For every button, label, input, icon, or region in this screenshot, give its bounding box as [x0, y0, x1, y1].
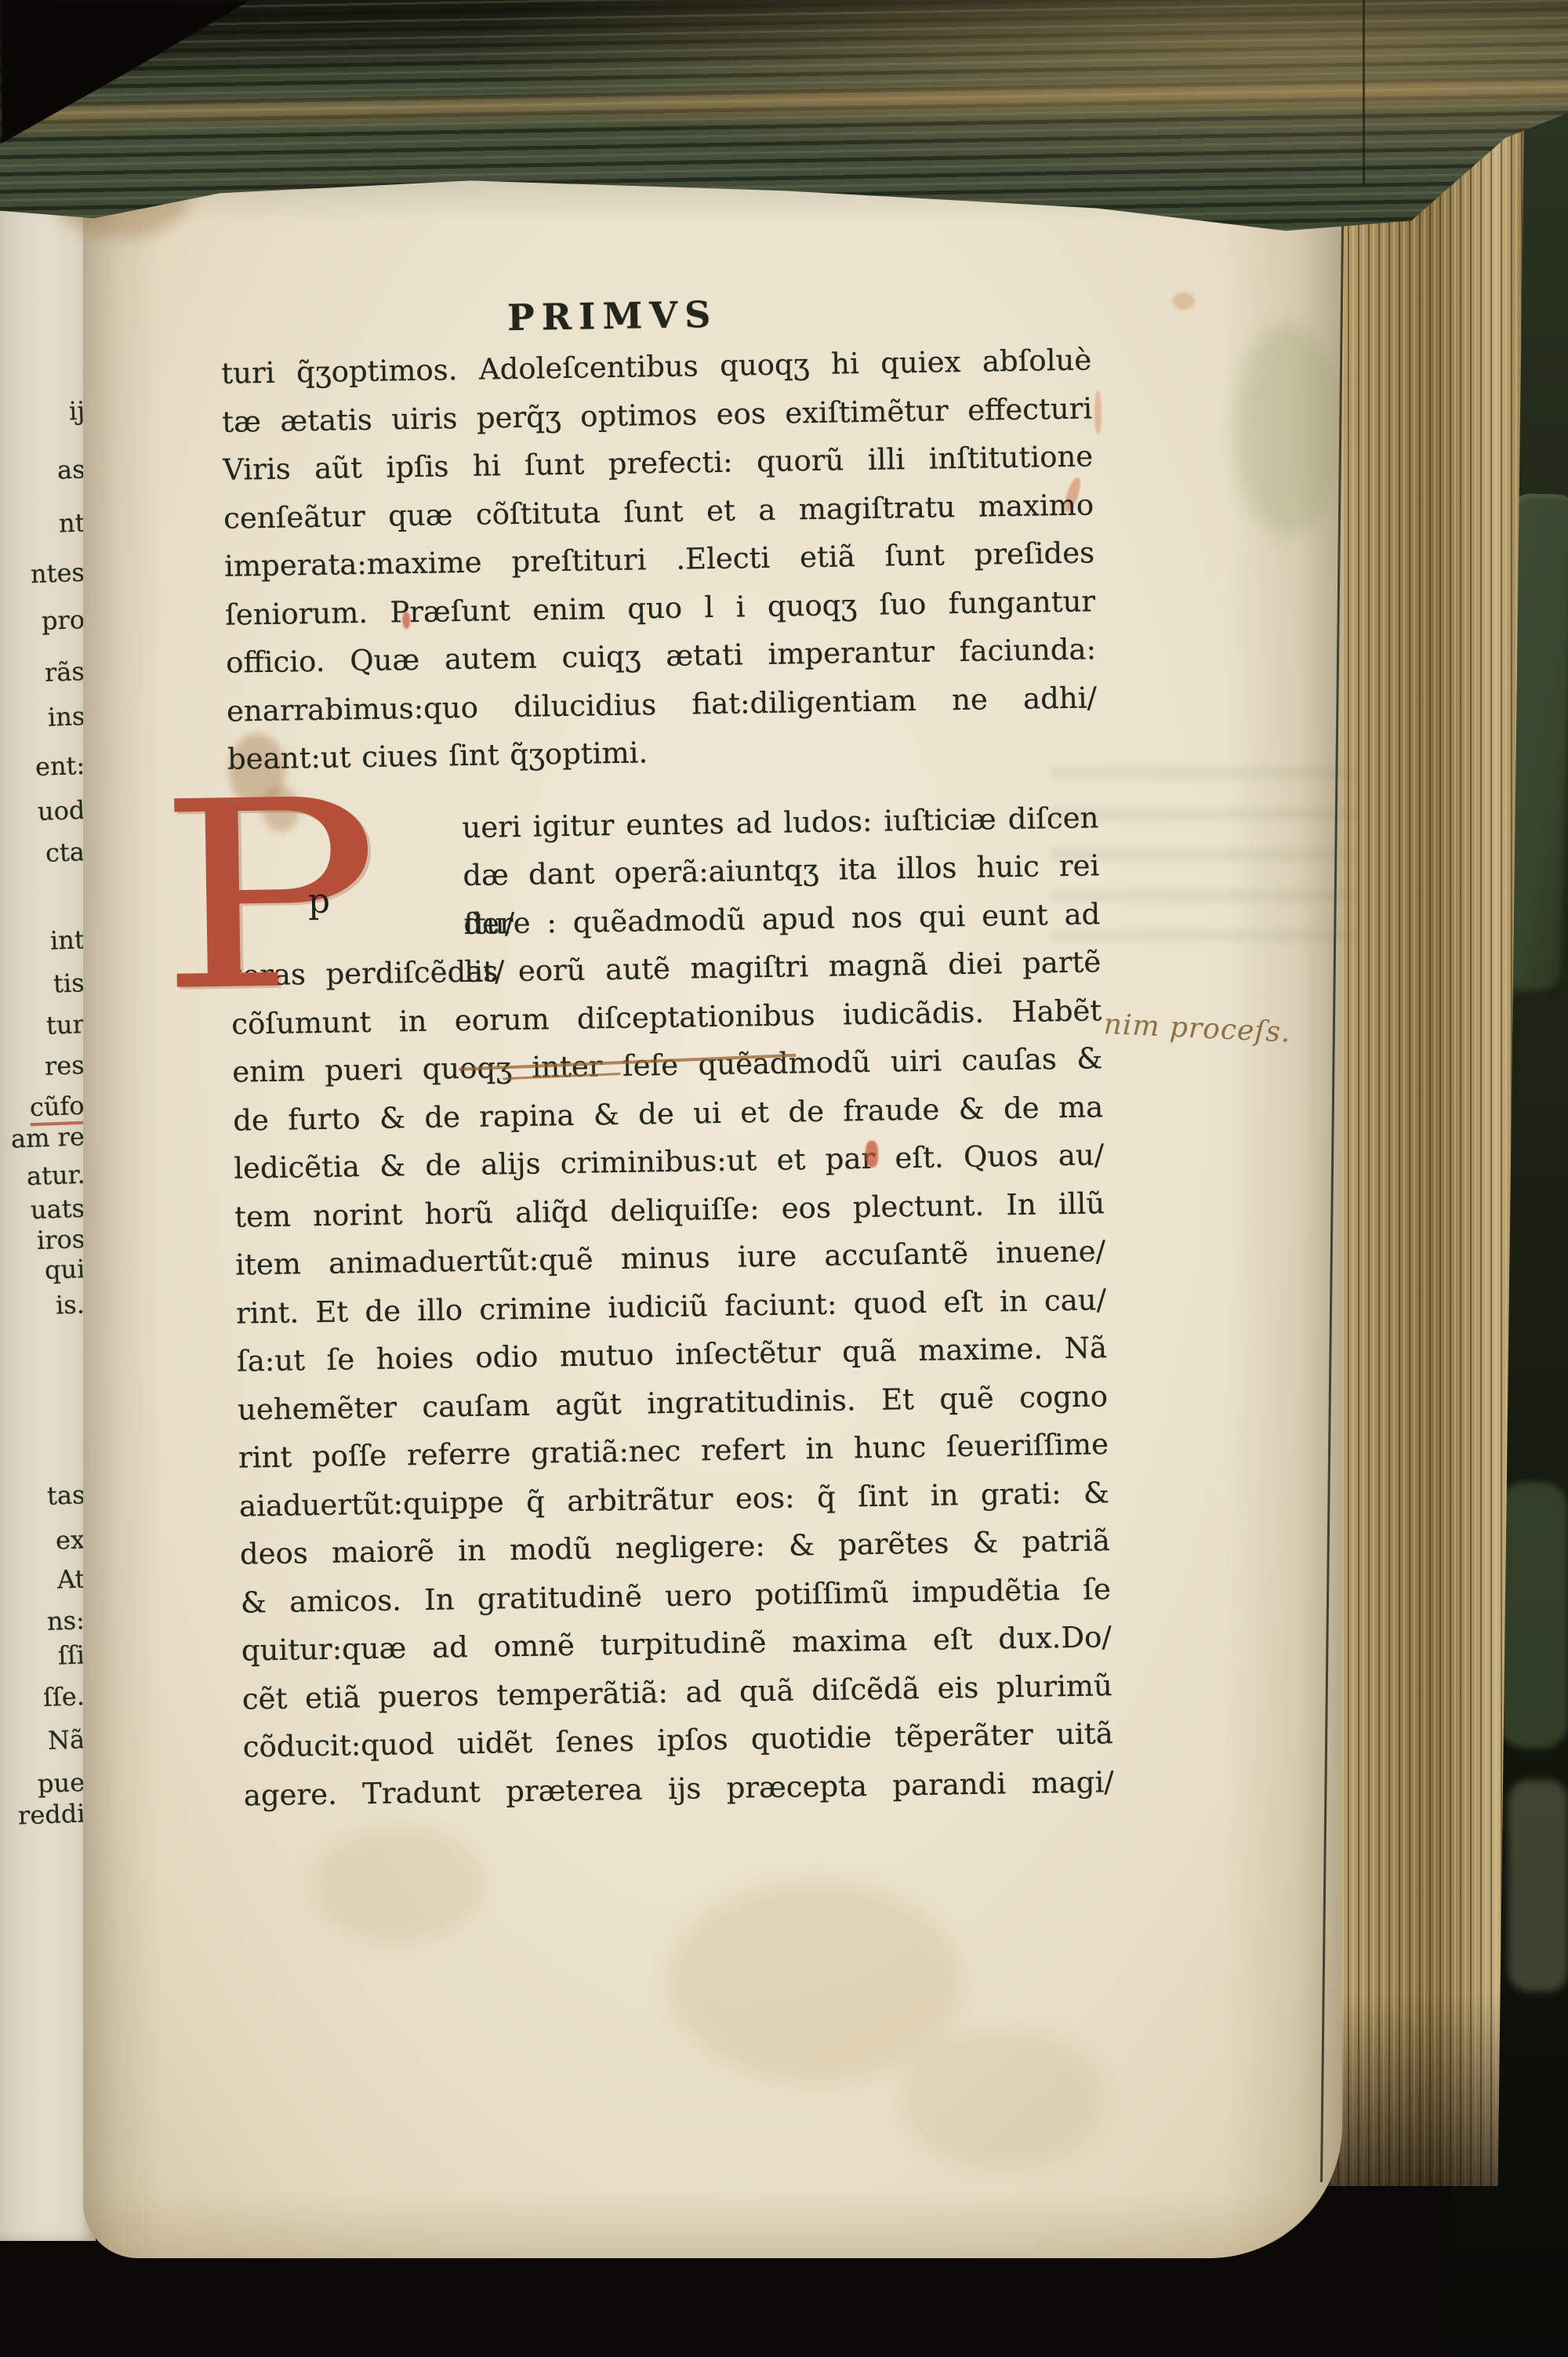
left-page-text-fragment: tas [46, 1480, 85, 1511]
left-page-text-fragment: qui [44, 1254, 85, 1285]
left-page-text-fragment: pro [41, 605, 85, 636]
left-page-text-fragment: ent: [34, 750, 85, 782]
book-photograph: ijasntntesprorãsinsent:uodctainttisturre… [0, 0, 1568, 2357]
left-page-text-fragment: ins [47, 701, 85, 732]
stain [1173, 292, 1195, 310]
left-page-text-fragment: ſſe. [43, 1681, 85, 1712]
left-page-text-fragment: atur. [26, 1160, 85, 1192]
left-page-text-fragment: ns: [47, 1605, 85, 1636]
left-page-text-fragment: am re [11, 1121, 85, 1153]
rubrication-mark [866, 1141, 879, 1168]
stain [902, 2029, 1105, 2170]
left-page-text-fragment: uats [30, 1193, 85, 1225]
left-page-text-fragment: At [56, 1563, 85, 1594]
left-page-text-fragment: ſſi [57, 1640, 85, 1670]
previous-leaf-edge: ijasntntesprorãsinsent:uodctainttisturre… [0, 93, 96, 2241]
rubrication-mark [402, 612, 410, 629]
left-page-text-fragment: ntes [31, 557, 85, 589]
paragraph: P p ueri igitur euntes ad ludos: iuſtici… [228, 794, 1114, 1820]
left-page-text-fragment: Nã [47, 1724, 85, 1756]
left-page-text-fragment: nt [58, 507, 85, 538]
left-page-text-fragment: rãs [45, 656, 85, 688]
left-page-text-fragment: iros [36, 1224, 85, 1255]
guide-letter: p [308, 884, 331, 918]
left-page-text-fragment: tur [46, 1009, 85, 1040]
left-page-text-fragment: ex [55, 1524, 85, 1555]
paragraph: turi q̃ʒoptimos. Adoleſcentibus quoqʒ hi… [221, 336, 1098, 783]
page-edge-line [1363, 0, 1365, 184]
left-page-text-fragment: int [50, 924, 85, 956]
book-page: PRIMVS turi q̃ʒoptimos. Adoleſcentibus q… [83, 147, 1342, 2258]
left-page-text-fragment: cta [45, 837, 85, 868]
left-page-text-fragment: res [45, 1050, 85, 1081]
binding-patch [1508, 1780, 1568, 1992]
stain [314, 1825, 486, 1943]
red-offset-mark [1094, 390, 1102, 434]
left-page-text-fragment: uod [37, 795, 85, 826]
red-initial-letter: P [156, 790, 382, 1001]
stain [1234, 324, 1344, 536]
page-stack-fore-edge [1317, 28, 1527, 2186]
binding-patch [1499, 1482, 1568, 1749]
left-page-text-fragment: tis [53, 968, 85, 998]
left-page-text-fragment: cũfo [30, 1091, 85, 1126]
text-block: PRIMVS turi q̃ʒoptimos. Adoleſcentibus q… [220, 285, 1114, 1819]
left-page-text-fragment: reddi [17, 1799, 85, 1831]
stain [666, 1880, 964, 2084]
left-page-text-fragment: is. [56, 1289, 85, 1320]
left-page-text-fragment: as [56, 454, 85, 485]
left-page-text-fragment: pue [37, 1767, 85, 1799]
